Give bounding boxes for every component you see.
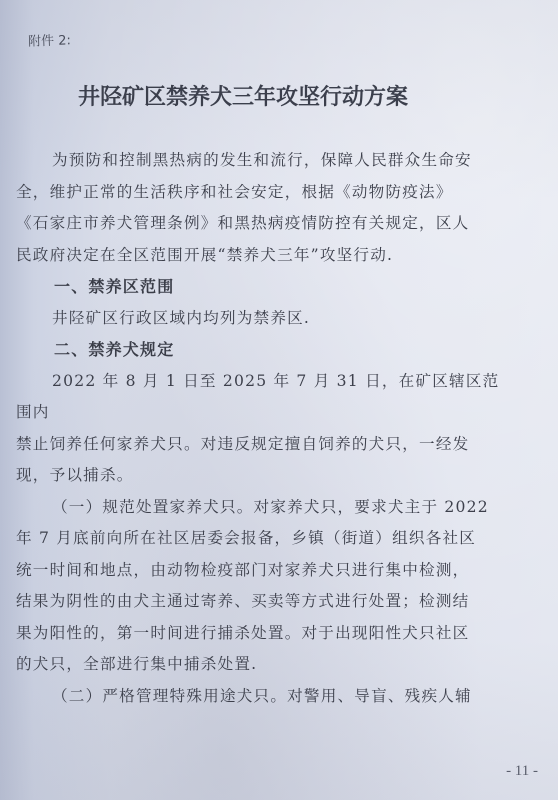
intro-line: 全，维护正常的生活秩序和社会安定，根据《动物防疫法》 xyxy=(16,177,516,209)
section2-line: 禁止饲养任何家养犬只。对违反规定擅自饲养的犬只，一经发 xyxy=(16,429,516,461)
sub1-line: 统一时间和地点，由动物检疫部门对家养犬只进行集中检测， xyxy=(16,555,516,587)
section1-text: 井陉矿区行政区域内均列为禁养区. xyxy=(16,303,516,335)
intro-line: 《石家庄市养犬管理条例》和黑热病疫情防控有关规定，区人 xyxy=(16,208,516,240)
document-body: 为预防和控制黑热病的发生和流行，保障人民群众生命安 全，维护正常的生活秩序和社会… xyxy=(16,145,516,712)
sub1-line: （一）规范处置家养犬只。对家养犬只，要求犬主于 2022 xyxy=(16,492,516,524)
page-number: - 11 - xyxy=(506,763,538,780)
sub2-line: （二）严格管理特殊用途犬只。对警用、导盲、残疾人辅 xyxy=(16,681,516,713)
attachment-label: 附件 2: xyxy=(28,29,71,49)
sub1-line: 果为阳性的，第一时间进行捕杀处置。对于出现阳性犬只社区 xyxy=(16,618,516,650)
intro-line: 为预防和控制黑热病的发生和流行，保障人民群众生命安 xyxy=(16,145,516,177)
section2-line: 2022 年 8 月 1 日至 2025 年 7 月 31 日，在矿区辖区范围内 xyxy=(16,366,516,429)
sub1-line: 结果为阴性的由犬主通过寄养、买卖等方式进行处置；检测结 xyxy=(16,586,516,618)
intro-line: 民政府决定在全区范围开展“禁养犬三年”攻坚行动. xyxy=(16,240,516,272)
sub1-line: 年 7 月底前向所在社区居委会报备，乡镇（街道）组织各社区 xyxy=(16,523,516,555)
document-title: 井陉矿区禁养犬三年攻坚行动方案 xyxy=(78,80,498,111)
section2-line: 现，予以捕杀。 xyxy=(16,460,516,492)
section-heading-2: 二、禁养犬规定 xyxy=(16,334,516,366)
section-heading-1: 一、禁养区范围 xyxy=(16,271,516,303)
sub1-line: 的犬只，全部进行集中捕杀处置. xyxy=(16,649,516,681)
